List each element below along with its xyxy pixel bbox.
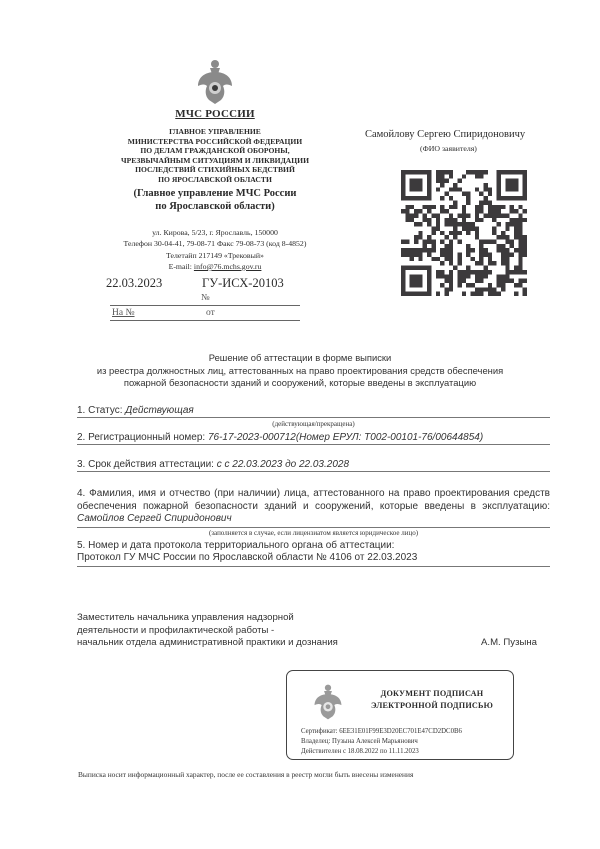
- org-abbrev-line: (Главное управление МЧС России: [80, 187, 350, 200]
- reply-line: [110, 306, 300, 321]
- registration-number-field: 2. Регистрационный номер: 76-17-2023-000…: [77, 432, 550, 445]
- stamp-title: ДОКУМЕНТ ПОДПИСАН ЭЛЕКТРОННОЙ ПОДПИСЬЮ: [357, 688, 507, 711]
- signer-position-line: начальник отдела административной практи…: [77, 637, 338, 650]
- validity-value: с с 22.03.2023 до 22.03.2028: [217, 459, 349, 470]
- stamp-certificate: Сертификат: 6EE31E01F99E3D20EC701E47CD2D…: [301, 727, 462, 737]
- org-line: МИНИСТЕРСТВА РОССИЙСКОЙ ФЕДЕРАЦИИ: [80, 137, 350, 147]
- stamp-title-line: ДОКУМЕНТ ПОДПИСАН: [357, 688, 507, 700]
- org-abbrev-name: (Главное управление МЧС России по Яросла…: [80, 187, 350, 213]
- document-title: Решение об аттестации в форме выписки из…: [40, 352, 560, 390]
- title-line: из реестра должностных лиц, аттестованны…: [40, 365, 560, 378]
- outgoing-date: 22.03.2023: [106, 276, 162, 291]
- org-line: ЧРЕЗВЫЧАЙНЫМ СИТУАЦИЯМ И ЛИКВИДАЦИИ: [80, 156, 350, 166]
- person-label: 4. Фамилия, имя и отчество (при наличии)…: [77, 488, 550, 512]
- stamp-validity: Действителен с 18.08.2022 по 11.11.2023: [301, 747, 462, 757]
- org-email-row: E-mail: info@76.mchs.gov.ru: [80, 261, 350, 272]
- mchs-emblem-icon: [313, 683, 343, 721]
- status-value: Действующая: [125, 405, 193, 416]
- stamp-title-line: ЭЛЕКТРОННОЙ ПОДПИСЬЮ: [357, 700, 507, 712]
- qr-code-icon: [401, 170, 527, 296]
- recipient-name: Самойлову Сергею Спиридоновичу: [365, 129, 525, 140]
- signer-position-line: деятельности и профилактической работы -: [77, 625, 338, 638]
- org-teletype: Телетайп 217149 «Трековый»: [80, 250, 350, 261]
- status-label: 1. Статус:: [77, 405, 125, 416]
- title-line: Решение об аттестации в форме выписки: [40, 352, 560, 365]
- signer-name: А.М. Пузына: [481, 637, 537, 648]
- org-address: ул. Кирова, 5/23, г. Ярославль, 150000: [80, 227, 350, 238]
- protocol-field: 5. Номер и дата протокола территориально…: [77, 540, 550, 567]
- person-hint: (заполняется в случае, если лицензиатом …: [77, 529, 550, 537]
- registration-value: 76-17-2023-000712(Номер ЕРУЛ: Т002-00101…: [208, 432, 483, 443]
- org-line: ПО ЯРОСЛАВСКОЙ ОБЛАСТИ: [80, 175, 350, 185]
- person-value: Самойлов Сергей Спиридонович: [77, 513, 232, 524]
- org-contacts: ул. Кирова, 5/23, г. Ярославль, 150000 Т…: [80, 227, 350, 272]
- protocol-label: 5. Номер и дата протокола территориально…: [77, 540, 550, 552]
- org-short-name: МЧС РОССИИ: [110, 108, 320, 120]
- number-sign: №: [201, 292, 210, 302]
- status-field: 1. Статус: Действующая: [77, 405, 550, 418]
- org-phone: Телефон 30-04-41, 79-08-71 Факс 79-08-73…: [80, 238, 350, 249]
- org-full-name: ГЛАВНОЕ УПРАВЛЕНИЕ МИНИСТЕРСТВА РОССИЙСК…: [80, 127, 350, 184]
- mchs-emblem-icon: [196, 58, 234, 106]
- outgoing-number: ГУ-ИСХ-20103: [202, 276, 284, 291]
- org-line: ГЛАВНОЕ УПРАВЛЕНИЕ: [80, 127, 350, 137]
- recipient-hint: (ФИО заявителя): [420, 144, 477, 153]
- e-signature-stamp: ДОКУМЕНТ ПОДПИСАН ЭЛЕКТРОННОЙ ПОДПИСЬЮ С…: [286, 670, 514, 760]
- title-line: пожарной безопасности зданий и сооружени…: [40, 377, 560, 390]
- protocol-value: Протокол ГУ МЧС России по Ярославской об…: [77, 552, 550, 564]
- registration-label: 2. Регистрационный номер:: [77, 432, 208, 443]
- validity-label: 3. Срок действия аттестации:: [77, 459, 217, 470]
- person-field: 4. Фамилия, имя и отчество (при наличии)…: [77, 488, 550, 528]
- org-line: ПО ДЕЛАМ ГРАЖДАНСКОЙ ОБОРОНЫ,: [80, 146, 350, 156]
- status-hint: (действующая/прекращена): [77, 420, 550, 428]
- validity-term-field: 3. Срок действия аттестации: с с 22.03.2…: [77, 459, 550, 472]
- stamp-owner: Владелец: Пузына Алексей Марьянович: [301, 737, 462, 747]
- email-label: E-mail:: [169, 262, 194, 271]
- footer-note: Выписка носит информационный характер, п…: [78, 770, 413, 779]
- org-line: ПОСЛЕДСТВИЙ СТИХИЙНЫХ БЕДСТВИЙ: [80, 165, 350, 175]
- reply-from-label: от: [206, 308, 215, 318]
- reply-number-label: На №: [112, 308, 135, 318]
- signer-position-line: Заместитель начальника управления надзор…: [77, 612, 338, 625]
- org-abbrev-line: по Ярославской области): [80, 200, 350, 213]
- email-link[interactable]: info@76.mchs.gov.ru: [194, 262, 262, 271]
- stamp-info: Сертификат: 6EE31E01F99E3D20EC701E47CD2D…: [301, 727, 462, 756]
- signer-position: Заместитель начальника управления надзор…: [77, 612, 338, 650]
